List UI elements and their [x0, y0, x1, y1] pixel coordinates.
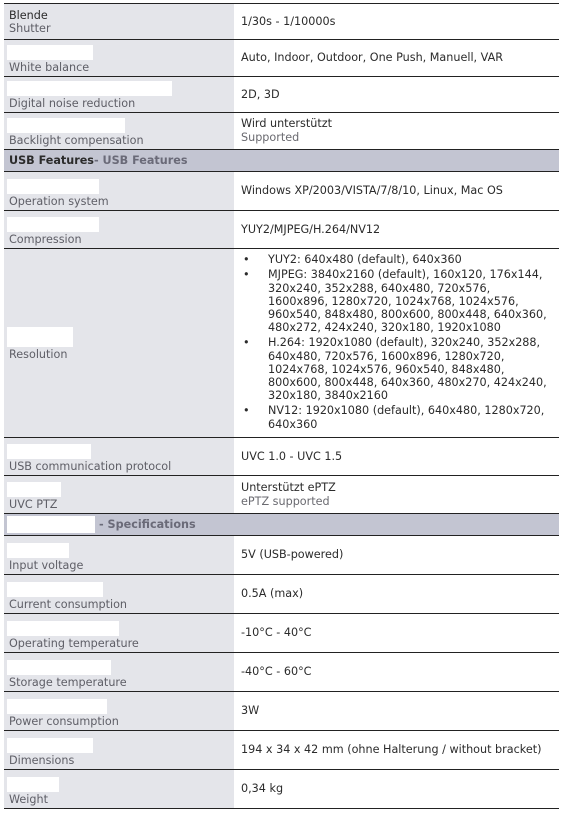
spec-label: Digital noise reduction [4, 77, 234, 112]
label-en: Dimensions [9, 754, 229, 767]
spec-value: -40°C - 60°C [234, 653, 559, 691]
spec-value: 0,34 kg [234, 770, 559, 808]
spec-row-white-balance: White balance Auto, Indoor, Outdoor, One… [4, 40, 559, 77]
resolution-item: YUY2: 640x480 (default), 640x360 [241, 253, 552, 266]
redacted-label [7, 738, 93, 753]
spec-value: Windows XP/2003/VISTA/7/8/10, Linux, Mac… [234, 172, 559, 210]
section-title-en: - Specifications [99, 518, 196, 531]
value-de: Wird unterstützt [241, 117, 552, 131]
spec-value: Unterstützt ePTZ ePTZ supported [234, 476, 559, 513]
spec-value: 2D, 3D [234, 77, 559, 112]
label-en: Operation system [9, 195, 229, 208]
spec-row-uvc-ptz: UVC PTZ Unterstützt ePTZ ePTZ supported [4, 476, 559, 514]
spec-row: Operating temperature-10°C - 40°C [4, 614, 559, 653]
label-en: Input voltage [9, 559, 229, 572]
value-de: Unterstützt ePTZ [241, 481, 552, 495]
spec-row-noise-reduction: Digital noise reduction 2D, 3D [4, 77, 559, 113]
label-en: Digital noise reduction [9, 97, 229, 110]
value-text: 0,34 kg [241, 782, 552, 796]
spec-value: -10°C - 40°C [234, 614, 559, 652]
spec-row-backlight: Backlight compensation Wird unterstützt … [4, 113, 559, 150]
section-header-usb: USB Features - USB Features [4, 150, 559, 172]
spec-row-compression: Compression YUY2/MJPEG/H.264/NV12 [4, 211, 559, 249]
spec-row: Weight0,34 kg [4, 770, 559, 809]
redacted-label [7, 217, 99, 232]
spec-label: Storage temperature [4, 653, 234, 691]
section-title-de: USB Features [9, 154, 94, 167]
redacted-label [7, 118, 125, 133]
label-en: Compression [9, 233, 229, 246]
label-en: Resolution [9, 348, 229, 361]
value-text: -10°C - 40°C [241, 626, 552, 640]
spec-label: Power consumption [4, 692, 234, 730]
spec-row: Dimensions194 x 34 x 42 mm (ohne Halteru… [4, 731, 559, 770]
value-text: YUY2/MJPEG/H.264/NV12 [241, 223, 552, 237]
spec-label: Backlight compensation [4, 113, 234, 149]
spec-label: Compression [4, 211, 234, 248]
value-text: Windows XP/2003/VISTA/7/8/10, Linux, Mac… [241, 184, 552, 198]
spec-label: Weight [4, 770, 234, 808]
redacted-label [7, 660, 111, 675]
value-text: 3W [241, 704, 552, 718]
spec-value: 3W [234, 692, 559, 730]
label-en: USB communication protocol [9, 460, 229, 473]
spec-value: YUY2/MJPEG/H.264/NV12 [234, 211, 559, 248]
spec-label: Operating temperature [4, 614, 234, 652]
redacted-label [7, 777, 59, 792]
spec-label: Blende Shutter [4, 4, 234, 39]
spec-label: Operation system [4, 172, 234, 210]
value-text: Auto, Indoor, Outdoor, One Push, Manuell… [241, 51, 552, 65]
section-header-specifications: - Specifications [4, 514, 559, 536]
redacted-label [7, 582, 103, 597]
spec-row-resolution: Resolution YUY2: 640x480 (default), 640x… [4, 249, 559, 438]
spec-value: Auto, Indoor, Outdoor, One Push, Manuell… [234, 40, 559, 76]
spec-label: UVC PTZ [4, 476, 234, 513]
value-en: Supported [241, 131, 552, 145]
redacted-label [7, 482, 61, 497]
resolution-list: YUY2: 640x480 (default), 640x360MJPEG: 3… [241, 253, 552, 433]
value-en: ePTZ supported [241, 495, 552, 509]
redacted-label [7, 699, 107, 714]
value-text: 1/30s - 1/10000s [241, 15, 552, 29]
label-en: White balance [9, 61, 229, 74]
spec-value: 194 x 34 x 42 mm (ohne Halterung / witho… [234, 731, 559, 769]
label-de: Blende [9, 9, 229, 22]
spec-label: Dimensions [4, 731, 234, 769]
redacted-label [7, 327, 73, 347]
spec-row: Storage temperature-40°C - 60°C [4, 653, 559, 692]
value-text: 194 x 34 x 42 mm (ohne Halterung / witho… [241, 743, 552, 757]
value-text: 2D, 3D [241, 88, 552, 102]
redacted-label [7, 45, 93, 60]
redacted-label [7, 621, 119, 636]
label-en: UVC PTZ [9, 498, 229, 511]
redacted-label [7, 179, 99, 194]
resolution-item: H.264: 1920x1080 (default), 320x240, 352… [241, 336, 552, 402]
value-text: -40°C - 60°C [241, 665, 552, 679]
label-en: Weight [9, 793, 229, 806]
value-text: 0.5A (max) [241, 587, 552, 601]
resolution-item: MJPEG: 3840x2160 (default), 160x120, 176… [241, 268, 552, 334]
spec-label: White balance [4, 40, 234, 76]
spec-row-os: Operation system Windows XP/2003/VISTA/7… [4, 172, 559, 211]
spec-value: YUY2: 640x480 (default), 640x360MJPEG: 3… [234, 249, 559, 437]
spec-label: Resolution [4, 249, 234, 437]
resolution-item: NV12: 1920x1080 (default), 640x480, 1280… [241, 404, 552, 430]
section-title-en: - USB Features [94, 154, 188, 167]
spec-value: UVC 1.0 - UVC 1.5 [234, 438, 559, 475]
spec-row: Input voltage5V (USB-powered) [4, 536, 559, 575]
label-en: Power consumption [9, 715, 229, 728]
spec-row: Current consumption0.5A (max) [4, 575, 559, 614]
redacted-label [7, 81, 172, 96]
redacted-section-title [7, 516, 95, 533]
redacted-label [7, 444, 91, 459]
label-en: Shutter [9, 22, 229, 35]
spec-row-shutter: Blende Shutter 1/30s - 1/10000s [4, 4, 559, 40]
spec-table: Blende Shutter 1/30s - 1/10000s White ba… [4, 3, 559, 809]
spec-value: 0.5A (max) [234, 575, 559, 613]
value-text: 5V (USB-powered) [241, 548, 552, 562]
spec-label: Input voltage [4, 536, 234, 574]
spec-row: Power consumption3W [4, 692, 559, 731]
spec-value: 5V (USB-powered) [234, 536, 559, 574]
spec-value: 1/30s - 1/10000s [234, 4, 559, 39]
spec-rows: Input voltage5V (USB-powered)Current con… [4, 536, 559, 809]
label-en: Operating temperature [9, 637, 229, 650]
redacted-label [7, 543, 69, 558]
label-en: Storage temperature [9, 676, 229, 689]
spec-label: USB communication protocol [4, 438, 234, 475]
spec-label: Current consumption [4, 575, 234, 613]
label-en: Current consumption [9, 598, 229, 611]
value-text: UVC 1.0 - UVC 1.5 [241, 450, 552, 464]
spec-row-usb-protocol: USB communication protocol UVC 1.0 - UVC… [4, 438, 559, 476]
label-en: Backlight compensation [9, 134, 229, 147]
spec-value: Wird unterstützt Supported [234, 113, 559, 149]
